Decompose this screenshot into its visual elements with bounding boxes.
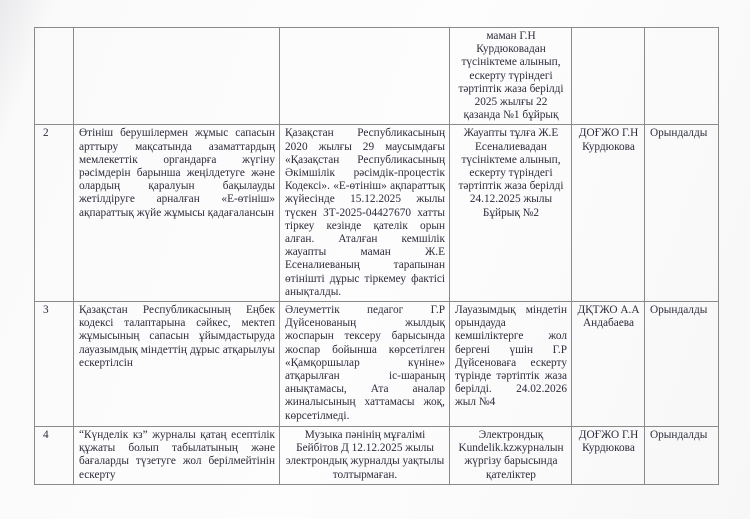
action-cell: Лауазымдық міндетін орындауда кемшілікте… xyxy=(450,302,572,427)
row-number: 3 xyxy=(35,302,74,427)
task-cell: “Күнделік кз” журналы қатаң есептілік құ… xyxy=(74,427,280,485)
status-cell: Орындалды xyxy=(645,125,719,302)
responsible-cell: ДОҒЖО Г.Н Курдюкова xyxy=(572,125,645,302)
task-cell: Қазақстан Республикасының Еңбек кодексі … xyxy=(74,302,280,427)
row-number xyxy=(35,28,74,125)
action-cell: Электрондық Kundelik.kzжурналын жүргізу … xyxy=(450,427,572,485)
task-cell: Өтініш берушілермен жұмыс сапасын арттыр… xyxy=(74,125,280,302)
responsible-cell xyxy=(572,28,645,125)
report-table: маман Г.Н Курдюковадан түсініктеме алыны… xyxy=(34,27,719,485)
action-cell: Жауапты тұлға Ж.Е Есеналиевадан түсінікт… xyxy=(450,125,572,302)
table-row: 2 Өтініш берушілермен жұмыс сапасын артт… xyxy=(35,125,719,302)
row-number: 2 xyxy=(35,125,74,302)
finding-cell: Қазақстан Республикасының 2020 жылғы 29 … xyxy=(280,125,450,302)
table-row: 3 Қазақстан Республикасының Еңбек кодекс… xyxy=(35,302,719,427)
finding-cell: Әлеуметтік педагог Г.Р Дүйсенованың жылд… xyxy=(280,302,450,427)
status-cell: Орындалды xyxy=(645,427,719,485)
status-cell xyxy=(645,28,719,125)
responsible-cell: ДҚТЖО А.А Андабаева xyxy=(572,302,645,427)
finding-cell: Музыка пәнінің мұғалімі Бейбітов Д 12.12… xyxy=(280,427,450,485)
table-row: 4 “Күнделік кз” журналы қатаң есептілік … xyxy=(35,427,719,485)
responsible-cell: ДОҒЖО Г.Н Курдюкова xyxy=(572,427,645,485)
finding-cell xyxy=(280,28,450,125)
status-cell: Орындалды xyxy=(645,302,719,427)
task-cell xyxy=(74,28,280,125)
table-row: маман Г.Н Курдюковадан түсініктеме алыны… xyxy=(35,28,719,125)
action-cell: маман Г.Н Курдюковадан түсініктеме алыны… xyxy=(450,28,572,125)
row-number: 4 xyxy=(35,427,74,485)
